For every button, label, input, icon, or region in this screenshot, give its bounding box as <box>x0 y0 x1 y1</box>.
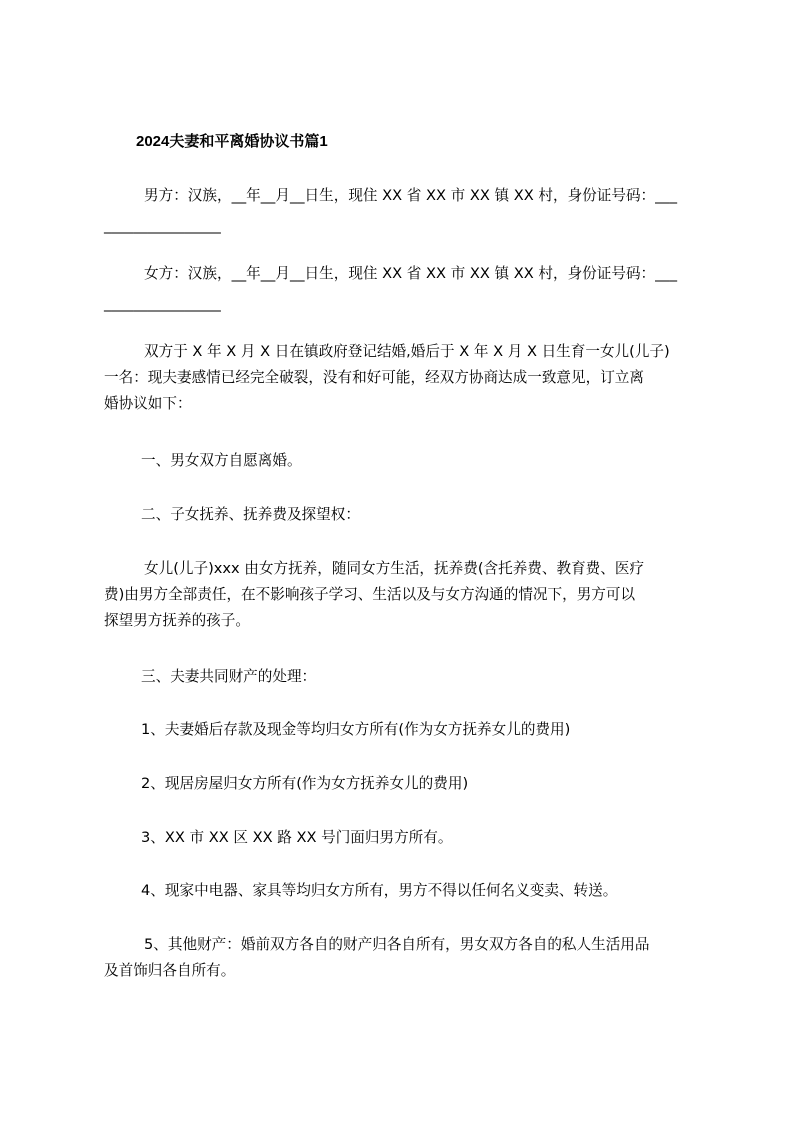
paragraph-line: 二、子女抚养、抚养费及探望权： <box>104 502 701 528</box>
paragraph-clause-3-item-2: 2、现居房屋归女方所有(作为女方抚养女儿的费用) <box>104 771 701 797</box>
paragraph-line: 三、夫妻共同财产的处理： <box>104 664 701 690</box>
paragraph-line: ________________ <box>104 291 701 317</box>
paragraph-female-party: 女方：汉族，__年__月__日生，现住 XX 省 XX 市 XX 镇 XX 村，… <box>104 261 701 317</box>
paragraph-line: 5、其他财产：婚前双方各自的财产归各自所有，男女双方各自的私人生活用品 <box>104 932 701 958</box>
paragraph-clause-3-item-3: 3、XX 市 XX 区 XX 路 XX 号门面归男方所有。 <box>104 825 701 851</box>
paragraph-male-party: 男方：汉族，__年__月__日生，现住 XX 省 XX 市 XX 镇 XX 村，… <box>104 183 701 239</box>
paragraph-clause-3-item-4: 4、现家中电器、家具等均归女方所有，男方不得以任何名义变卖、转送。 <box>104 878 701 904</box>
paragraph-line: 男方：汉族，__年__月__日生，现住 XX 省 XX 市 XX 镇 XX 村，… <box>104 183 701 209</box>
paragraph-clause-1: 一、男女双方自愿离婚。 <box>104 448 701 474</box>
document-title: 2024夫妻和平离婚协议书篇1 <box>136 130 328 151</box>
paragraph-line: 一、男女双方自愿离婚。 <box>104 448 701 474</box>
paragraph-line: 双方于 X 年 X 月 X 日在镇政府登记结婚,婚后于 X 年 X 月 X 日生… <box>104 339 701 365</box>
paragraph-line: 婚协议如下： <box>104 391 701 417</box>
paragraph-line: 4、现家中电器、家具等均归女方所有，男方不得以任何名义变卖、转送。 <box>104 878 701 904</box>
paragraph-line: ________________ <box>104 213 701 239</box>
paragraph-line: 3、XX 市 XX 区 XX 路 XX 号门面归男方所有。 <box>104 825 701 851</box>
paragraph-clause-3-heading: 三、夫妻共同财产的处理： <box>104 664 701 690</box>
paragraph-line: 及首饰归各自所有。 <box>104 958 701 984</box>
paragraph-preamble: 双方于 X 年 X 月 X 日在镇政府登记结婚,婚后于 X 年 X 月 X 日生… <box>104 339 701 417</box>
paragraph-line: 女儿(儿子)xxx 由女方抚养，随同女方生活，抚养费(含托养费、教育费、医疗 <box>104 556 701 582</box>
paragraph-clause-3-item-5: 5、其他财产：婚前双方各自的财产归各自所有，男女双方各自的私人生活用品 及首饰归… <box>104 932 701 984</box>
paragraph-line: 1、夫妻婚后存款及现金等均归女方所有(作为女方抚养女儿的费用) <box>104 717 701 743</box>
paragraph-line: 探望男方抚养的孩子。 <box>104 608 701 634</box>
paragraph-line: 费)由男方全部责任，在不影响孩子学习、生活以及与女方沟通的情况下，男方可以 <box>104 582 701 608</box>
paragraph-line: 女方：汉族，__年__月__日生，现住 XX 省 XX 市 XX 镇 XX 村，… <box>104 261 701 287</box>
paragraph-clause-3-item-1: 1、夫妻婚后存款及现金等均归女方所有(作为女方抚养女儿的费用) <box>104 717 701 743</box>
paragraph-clause-2-heading: 二、子女抚养、抚养费及探望权： <box>104 502 701 528</box>
paragraph-clause-2-body: 女儿(儿子)xxx 由女方抚养，随同女方生活，抚养费(含托养费、教育费、医疗 费… <box>104 556 701 634</box>
paragraph-line: 2、现居房屋归女方所有(作为女方抚养女儿的费用) <box>104 771 701 797</box>
paragraph-line: 一名：现夫妻感情已经完全破裂，没有和好可能，经双方协商达成一致意见，订立离 <box>104 365 701 391</box>
